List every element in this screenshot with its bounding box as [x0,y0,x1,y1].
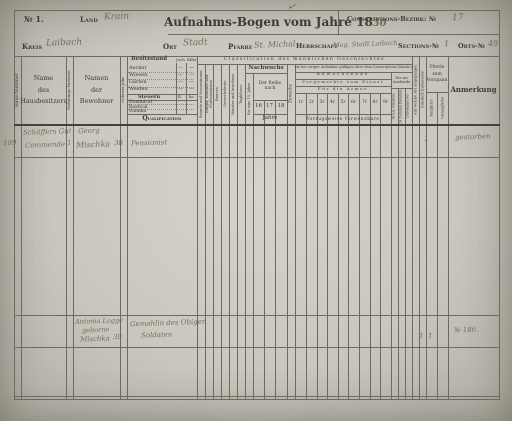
qualification-entry: Pensionist [131,138,168,147]
zuwachs-column: Zuwachs [287,64,295,124]
inhabitant-entry2-line3: Mischka [80,334,110,343]
age-class: 2r [306,93,317,114]
grid-line [14,396,500,397]
sections-value: 1 [444,39,449,48]
vormerk-header-line3: Vorgemerkte zum Dienst [295,79,391,86]
grid-line [14,10,500,11]
besitzstand-row-v1: — [178,73,183,78]
sheet-number: № 1. [24,15,44,23]
besitzstand-row-label: Wiesen [129,73,147,78]
remark-entry: gestorben [455,132,491,141]
grid-line [264,100,265,399]
column-inhabitants: Namen der Bewohner [73,56,120,124]
nachwuchs-middle: Der Reihe nach [253,73,287,100]
grid-line [275,100,276,399]
age-class: 7r [359,93,370,114]
land-value: Krain [104,12,129,23]
grid-line [338,93,339,399]
orts-label: Orts-№ [458,43,485,50]
parties-entry: 1 [67,139,72,147]
age-class: 9r [380,93,391,114]
steuern-col2: kr. [189,95,194,99]
remark-column-header: Anmerkung [448,56,499,124]
nachwuchs-under15-column: Bis zum 15. Jahre [245,73,253,124]
age-class: 3r [317,93,327,114]
horses-title-line1: Pferde [430,66,445,71]
besitzstand-row-label: Gärten [129,80,147,85]
grid-line [327,93,328,399]
grid-line [398,88,399,399]
departure-manner-column: Auf welche Art abgegangen [412,56,419,124]
nachwuchs-year: 17 [264,100,275,114]
herrschaft-label: Herrschaft [296,43,338,50]
besitzstand-row-label: Weiden [129,87,148,92]
scanned-census-form: № 1. Land Krain Aufnahms-Bogen vom Jahre… [0,0,512,421]
kreis-value: Laibach [46,37,83,48]
age-class: 5r [338,93,348,114]
horses-title-line3: Vorspann [427,79,448,84]
besitzstand-col2: Klftr. [187,58,197,62]
grid-line [14,157,500,158]
besitzstand-row-v1: — [178,80,183,85]
nachwuchs-year: 18 [275,100,287,114]
kreis-label: Kreis [22,43,42,50]
ausland-column: In fremden Diensten [398,88,405,124]
remark-entry2: № 186. [454,326,479,335]
form-title: Aufnahms-Bogen vom Jahre 1830 [164,16,344,30]
qualification-entry2-line2: Soldaten [141,330,173,339]
inhabitant-entry2-line2: geborne [82,326,109,335]
ort-label: Ort [163,43,177,50]
tally-mark: 1 [424,135,429,143]
estate-column: Bürger, Künstler und Professionisten [205,64,213,124]
grid-line [317,93,318,399]
column-house-number: Haus-Nummer [14,56,21,124]
age-entry2: 39 [113,333,122,341]
vormerk-header-line4: Für die Armee [295,86,391,93]
tally-mark: 1 [419,332,424,340]
pfarre-value: St. Michal [254,39,296,49]
vormerk-header-line1: In dem bei voriger Aufnahme gültigen Alt… [295,64,412,72]
horses-box-title: Pferde zum Vorspann [426,58,448,92]
horses-column: Taugliche [426,92,437,124]
conscription-value: 17 [452,13,464,23]
col-owner-line2: des [38,87,49,94]
owner-entry-line2: Commende [25,140,65,149]
col-inh-line1: Namen [85,75,109,82]
pfarre-label: Pfarre [228,43,253,50]
besitzstand-title: Besitzstand [131,57,167,63]
age-class: 4r [327,93,338,114]
besitzstand-row-v1: — [178,66,183,71]
estate-column: Beamte und Honoratioren [197,64,205,124]
grid-line [14,124,500,126]
col-inh-line3: Bewohner [80,98,113,105]
grid-line [14,315,500,316]
estate-column: Taglöhner [237,64,245,124]
col-owner-line3: Hausbesitzers [20,98,67,105]
house-number-entry: 109 [3,139,17,147]
besitzstand-row-v2: — [189,73,194,78]
column-dwelling-parties: Wohnungs-Parteien [66,56,73,124]
tally-mark: 1 [428,332,433,340]
vormerk-band: Vorzugsweise Verwendbare [295,114,391,124]
inhabitant-entry-last: Mischka [76,139,110,149]
conscription-label: Conscriptions-Bezirk: № [347,16,436,23]
qualification-entry2-line1: Gemahlin des Obigen [130,318,207,329]
sections-label: Sections-№ [398,43,439,50]
ausland-column: Unbekannt wo [405,88,412,124]
nachwuchs-jahre-band: Jahre [253,114,287,124]
grid-line [499,10,500,399]
col-inh-line2: der [91,87,102,94]
age-class: 6r [348,93,359,114]
grid-line [437,92,438,399]
discharged-column: Gänzlich Entlassene [419,56,426,124]
ort-value: Stadt [183,38,208,49]
grid-line [14,399,500,400]
land-label: Land [80,16,98,23]
ausland-title: Die im Auslande [391,72,412,88]
grid-line [14,347,500,348]
age-class: 1r [295,93,306,114]
besitzstand-row-v2: — [189,80,194,85]
age-class: 8r [370,93,380,114]
besitzstand-row-label: Aecker [129,66,147,71]
owner-entry-line1: Schäffers Gut [23,127,72,137]
grid-line [348,93,349,399]
grid-line [359,93,360,399]
col-owner-line1: Name [34,75,54,82]
estate-column: Häusler und Inwohner [229,64,237,124]
herrschaft-value: Mag. Stadt Laibach [333,39,398,49]
age-entry: 38 [114,139,123,147]
orts-value: 49 [488,39,498,48]
grid-line [405,88,406,399]
horses-title-line2: zum [432,73,441,78]
inhabitant-entry-first: Georg [78,127,100,136]
besitzstand-row-v1: — [178,87,183,92]
grid-line [380,93,381,399]
column-house-owner: Name des Hausbesitzers [21,56,66,124]
besitzstand-col1: Joch [176,58,185,62]
column-birth-year: Geburts-Jahr [120,56,127,124]
besitzstand-row-v2: — [189,87,194,92]
estate-column: Gewerbsleute [221,64,229,124]
qualification-band: Qualification [127,114,197,124]
grid-line [168,34,499,35]
grid-line [306,93,307,399]
check-mark: ✓ [286,0,298,14]
horses-column: Untaugliche [437,92,448,124]
form-title-text: Aufnahms-Bogen vom Jahre 18 [164,15,373,29]
besitzstand-row-v2: — [189,66,194,71]
ausland-column: In k.k. Diensten [391,88,398,124]
estate-column: Bauern [213,64,221,124]
classification-title: Classification des männlichen Geschlecht… [197,56,412,64]
nachwuchs-year: 16 [253,100,264,114]
steuern-col1: fl. [178,95,182,99]
grid-line [370,93,371,399]
nachwuchs-title: Nachwuchs [245,64,287,73]
inhabitant-entry2-line1: Antonia Logge [75,316,123,326]
vormerk-header-line2: Anwachsende [295,72,391,79]
